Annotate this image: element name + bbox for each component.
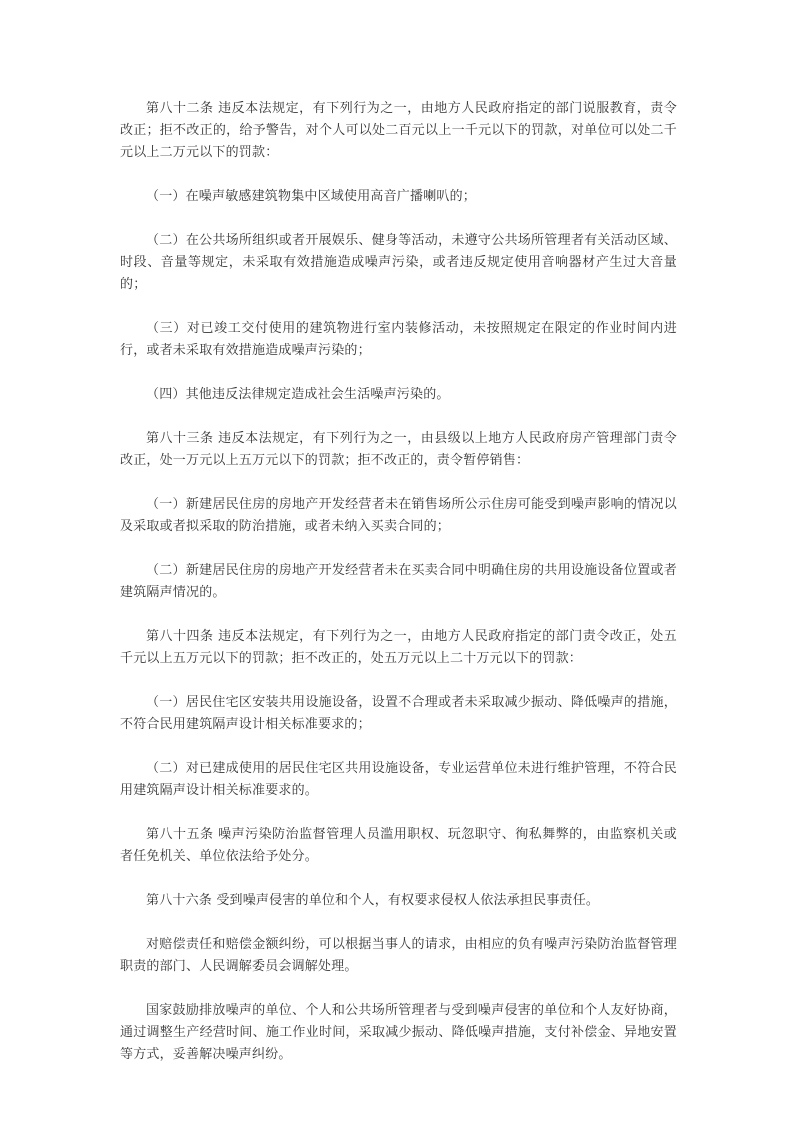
article-82-item-1: （一）在噪声敏感建筑物集中区域使用高音广播喇叭的；: [120, 186, 677, 208]
article-84-item-1: （一）居民住宅区安装共用设施设备，设置不合理或者未采取减少振动、降低噪声的措施，…: [120, 692, 677, 736]
article-83-item-1: （一）新建居民住房的房地产开发经营者未在销售场所公示住房可能受到噪声影响的情况以…: [120, 494, 677, 538]
article-83-item-2: （二）新建居民住房的房地产开发经营者未在买卖合同中明确住房的共用设施设备位置或者…: [120, 560, 677, 604]
article-86-dispute-mediation-paragraph: 对赔偿责任和赔偿金额纠纷，可以根据当事人的请求，由相应的负有噪声污染防治监督管理…: [120, 934, 677, 978]
article-84-paragraph: 第八十四条 违反本法规定，有下列行为之一，由地方人民政府指定的部门责令改正，处五…: [120, 626, 677, 670]
article-82-item-3: （三）对已竣工交付使用的建筑物进行室内装修活动，未按照规定在限定的作业时间内进行…: [120, 318, 677, 362]
article-84-item-2: （二）对已建成使用的居民住宅区共用设施设备，专业运营单位未进行维护管理，不符合民…: [120, 758, 677, 802]
article-82-item-4: （四）其他违反法律规定造成社会生活噪声污染的。: [120, 384, 677, 406]
article-82-paragraph: 第八十二条 违反本法规定，有下列行为之一，由地方人民政府指定的部门说服教育，责令…: [120, 98, 677, 164]
article-86-paragraph: 第八十六条 受到噪声侵害的单位和个人，有权要求侵权人依法承担民事责任。: [120, 890, 677, 912]
article-82-item-2: （二）在公共场所组织或者开展娱乐、健身等活动，未遵守公共场所管理者有关活动区域、…: [120, 230, 677, 296]
document-page: 第八十二条 违反本法规定，有下列行为之一，由地方人民政府指定的部门说服教育，责令…: [120, 98, 677, 1088]
article-85-paragraph: 第八十五条 噪声污染防治监督管理人员滥用职权、玩忽职守、徇私舞弊的，由监察机关或…: [120, 824, 677, 868]
article-86-negotiation-paragraph: 国家鼓励排放噪声的单位、个人和公共场所管理者与受到噪声侵害的单位和个人友好协商，…: [120, 1000, 677, 1066]
article-83-paragraph: 第八十三条 违反本法规定，有下列行为之一，由县级以上地方人民政府房产管理部门责令…: [120, 428, 677, 472]
